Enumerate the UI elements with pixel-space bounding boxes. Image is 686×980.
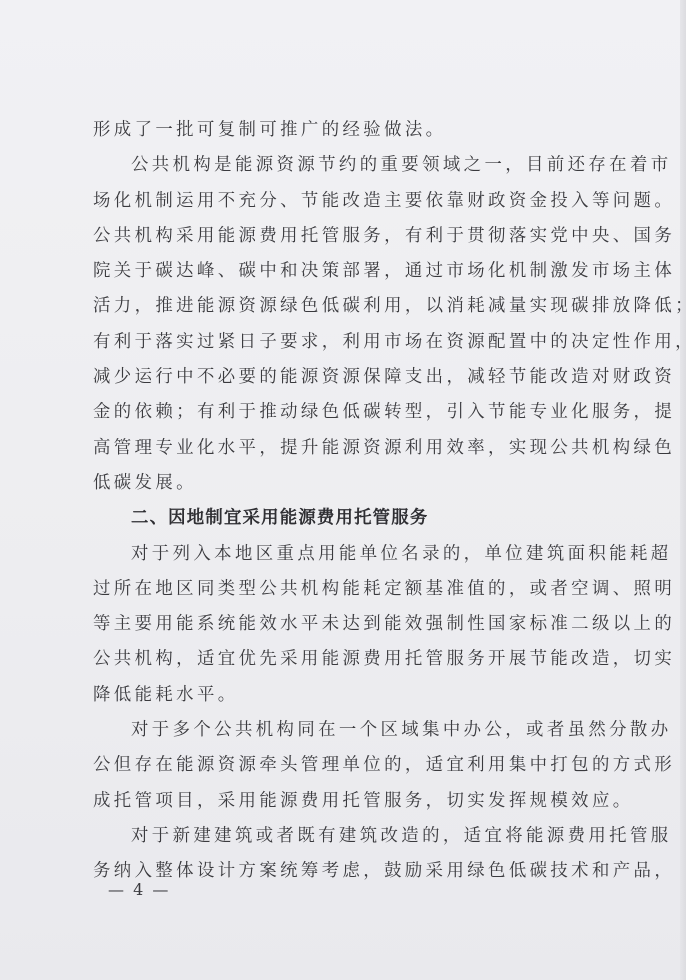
document-body: 形成了一批可复制可推广的经验做法。 公共机构是能源资源节约的重要领域之一，目前还… <box>93 113 638 890</box>
paragraph-line: 公共机构是能源资源节约的重要领域之一，目前还存在着市 <box>93 148 638 183</box>
page-number: — 4 — <box>108 880 170 899</box>
paragraph-line: 公但存在能源资源牵头管理单位的，适宜利用集中打包的方式形 <box>93 748 638 783</box>
paragraph-line: 活力，推进能源资源绿色低碳利用，以消耗减量实现碳排放降低； <box>93 289 638 324</box>
paragraph-line: 降低能耗水平。 <box>93 678 638 713</box>
document-page: 形成了一批可复制可推广的经验做法。 公共机构是能源资源节约的重要领域之一，目前还… <box>0 0 686 980</box>
page-edge-shadow <box>680 0 686 980</box>
paragraph-line: 成托管项目，采用能源费用托管服务，切实发挥规模效应。 <box>93 784 638 819</box>
paragraph-line: 形成了一批可复制可推广的经验做法。 <box>93 113 638 148</box>
paragraph-line: 过所在地区同类型公共机构能耗定额基准值的，或者空调、照明 <box>93 572 638 607</box>
paragraph-line: 高管理专业化水平，提升能源资源利用效率，实现公共机构绿色 <box>93 431 638 466</box>
section-heading: 二、因地制宜采用能源费用托管服务 <box>93 501 638 536</box>
paragraph-line: 减少运行中不必要的能源资源保障支出，减轻节能改造对财政资 <box>93 360 638 395</box>
paragraph-line: 有利于落实过紧日子要求，利用市场在资源配置中的决定性作用， <box>93 325 638 360</box>
paragraph-line: 务纳入整体设计方案统筹考虑，鼓励采用绿色低碳技术和产品， <box>93 854 638 889</box>
paragraph-line: 院关于碳达峰、碳中和决策部署，通过市场化机制激发市场主体 <box>93 254 638 289</box>
paragraph-line: 对于列入本地区重点用能单位名录的，单位建筑面积能耗超 <box>93 537 638 572</box>
paragraph-line: 公共机构采用能源费用托管服务，有利于贯彻落实党中央、国务 <box>93 219 638 254</box>
paragraph-line: 对于多个公共机构同在一个区域集中办公，或者虽然分散办 <box>93 713 638 748</box>
paragraph-line: 等主要用能系统能效水平未达到能效强制性国家标准二级以上的 <box>93 607 638 642</box>
paragraph-line: 对于新建建筑或者既有建筑改造的，适宜将能源费用托管服 <box>93 819 638 854</box>
paragraph-line: 公共机构，适宜优先采用能源费用托管服务开展节能改造，切实 <box>93 642 638 677</box>
paragraph-line: 低碳发展。 <box>93 466 638 501</box>
paragraph-line: 金的依赖；有利于推动绿色低碳转型，引入节能专业化服务，提 <box>93 395 638 430</box>
paragraph-line: 场化机制运用不充分、节能改造主要依靠财政资金投入等问题。 <box>93 184 638 219</box>
